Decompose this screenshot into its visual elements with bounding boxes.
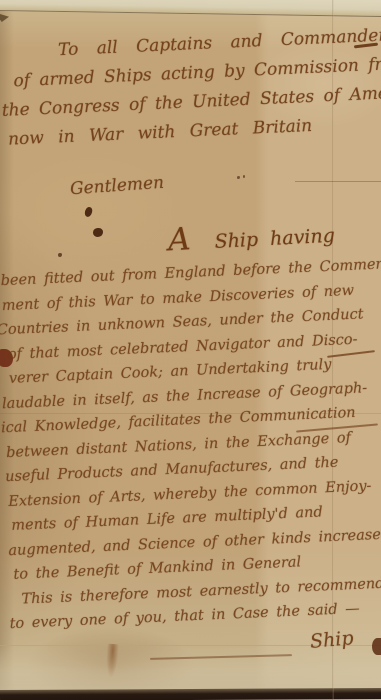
opening-text: Ship having xyxy=(214,225,335,253)
ink-blot xyxy=(93,228,103,237)
ink-blot xyxy=(58,253,62,257)
manuscript-page: To all Captains and Commanders of armed … xyxy=(0,0,381,700)
letter-body: been fitted out from England before the … xyxy=(0,253,381,637)
paper-bottom-shadow xyxy=(0,688,381,700)
catchword: Ship xyxy=(309,627,354,653)
opening-initial: A xyxy=(167,221,191,258)
salutation: Gentlemen xyxy=(69,173,164,200)
ink-dot xyxy=(237,176,240,179)
ink-blot xyxy=(84,206,93,217)
paper-corner-mark xyxy=(0,14,9,22)
ink-blob-right-edge xyxy=(372,638,381,655)
ink-dot xyxy=(243,175,245,178)
paper-bottom-fold xyxy=(0,645,381,692)
stain-drip xyxy=(105,644,119,679)
address-heading: To all Captains and Commanders of armed … xyxy=(0,21,381,155)
paper-top-edge xyxy=(0,0,381,17)
opening-line: AShip having xyxy=(167,214,335,259)
horizontal-crease xyxy=(295,181,381,182)
